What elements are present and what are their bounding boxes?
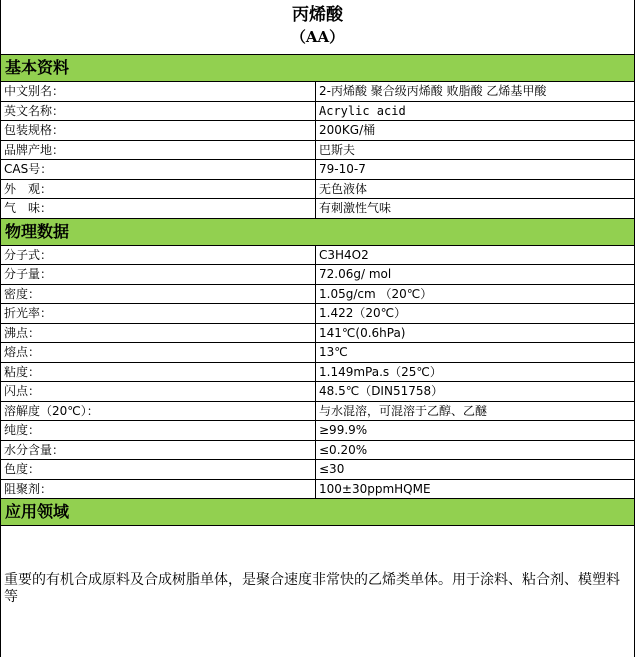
table-row: 密度：1.05g/cm （20℃）: [1, 285, 634, 305]
table-row: 英文名称：Acrylic acid: [1, 102, 634, 122]
row-label: 溶解度（20℃）：: [1, 402, 316, 421]
table-row: 溶解度（20℃）：与水混溶，可混溶于乙醇、乙醚: [1, 402, 634, 422]
physical-data-table: 分子式：C3H4O2 分子量：72.06g/ mol 密度：1.05g/cm （…: [1, 246, 634, 500]
product-title: 丙烯酸: [1, 0, 634, 26]
row-value: ≤0.20%: [316, 441, 634, 460]
row-label: 折光率：: [1, 304, 316, 323]
row-label: 外 观：: [1, 180, 316, 199]
table-row: 闪点：48.5℃（DIN51758）: [1, 382, 634, 402]
row-value: 1.149mPa.s（25℃）: [316, 363, 634, 382]
row-label: 熔点：: [1, 343, 316, 362]
row-value: 1.422（20℃）: [316, 304, 634, 323]
row-value: 与水混溶，可混溶于乙醇、乙醚: [316, 402, 634, 421]
row-value: 141℃(0.6hPa): [316, 324, 634, 343]
row-label: 品牌产地：: [1, 141, 316, 160]
table-row: 包装规格：200KG/桶: [1, 121, 634, 141]
section-header-physical: 物理数据: [1, 219, 634, 246]
row-label: 纯度：: [1, 421, 316, 440]
row-label: 中文别名：: [1, 82, 316, 101]
row-value: ≥99.9%: [316, 421, 634, 440]
row-value: 巴斯夫: [316, 141, 634, 160]
table-row: 中文别名：2-丙烯酸 聚合级丙烯酸 败脂酸 乙烯基甲酸: [1, 82, 634, 102]
row-label: 色度：: [1, 460, 316, 479]
table-row: 分子量：72.06g/ mol: [1, 265, 634, 285]
row-value: 2-丙烯酸 聚合级丙烯酸 败脂酸 乙烯基甲酸: [316, 82, 634, 101]
basic-info-table: 中文别名：2-丙烯酸 聚合级丙烯酸 败脂酸 乙烯基甲酸 英文名称：Acrylic…: [1, 82, 634, 219]
row-label: 英文名称：: [1, 102, 316, 121]
row-value: 13℃: [316, 343, 634, 362]
table-row: 纯度：≥99.9%: [1, 421, 634, 441]
row-value: C3H4O2: [316, 246, 634, 265]
table-row: 沸点：141℃(0.6hPa): [1, 324, 634, 344]
row-label: CAS号：: [1, 160, 316, 179]
table-row: CAS号：79-10-7: [1, 160, 634, 180]
table-row: 阻聚剂：100±30ppmHQME: [1, 480, 634, 500]
table-row: 折光率：1.422（20℃）: [1, 304, 634, 324]
row-label: 阻聚剂：: [1, 480, 316, 499]
row-value: 200KG/桶: [316, 121, 634, 140]
table-row: 熔点：13℃: [1, 343, 634, 363]
row-value: 有刺激性气味: [316, 199, 634, 218]
application-description: 重要的有机合成原料及合成树脂单体，是聚合速度非常快的乙烯类单体。用于涂料、粘合剂…: [1, 526, 634, 657]
row-label: 水分含量：: [1, 441, 316, 460]
section-header-basic: 基本资料: [1, 55, 634, 82]
table-row: 水分含量：≤0.20%: [1, 441, 634, 461]
row-value: 无色液体: [316, 180, 634, 199]
table-row: 外 观：无色液体: [1, 180, 634, 200]
table-row: 品牌产地：巴斯夫: [1, 141, 634, 161]
title-block: 丙烯酸 （AA）: [1, 0, 634, 55]
row-value: ≤30: [316, 460, 634, 479]
row-label: 气 味：: [1, 199, 316, 218]
row-label: 包装规格：: [1, 121, 316, 140]
table-row: 粘度：1.149mPa.s（25℃）: [1, 363, 634, 383]
table-row: 色度：≤30: [1, 460, 634, 480]
row-value: 100±30ppmHQME: [316, 480, 634, 499]
row-label: 粘度：: [1, 363, 316, 382]
row-value: 1.05g/cm （20℃）: [316, 285, 634, 304]
table-row: 气 味：有刺激性气味: [1, 199, 634, 219]
row-label: 密度：: [1, 285, 316, 304]
product-abbreviation: （AA）: [1, 26, 634, 48]
row-value: 48.5℃（DIN51758）: [316, 382, 634, 401]
row-value: 72.06g/ mol: [316, 265, 634, 284]
row-value: 79-10-7: [316, 160, 634, 179]
table-row: 分子式：C3H4O2: [1, 246, 634, 266]
row-label: 闪点：: [1, 382, 316, 401]
row-label: 沸点：: [1, 324, 316, 343]
row-value: Acrylic acid: [316, 102, 634, 121]
section-header-application: 应用领域: [1, 499, 634, 526]
product-spec-sheet: 丙烯酸 （AA） 基本资料 中文别名：2-丙烯酸 聚合级丙烯酸 败脂酸 乙烯基甲…: [0, 0, 635, 657]
row-label: 分子量：: [1, 265, 316, 284]
row-label: 分子式：: [1, 246, 316, 265]
